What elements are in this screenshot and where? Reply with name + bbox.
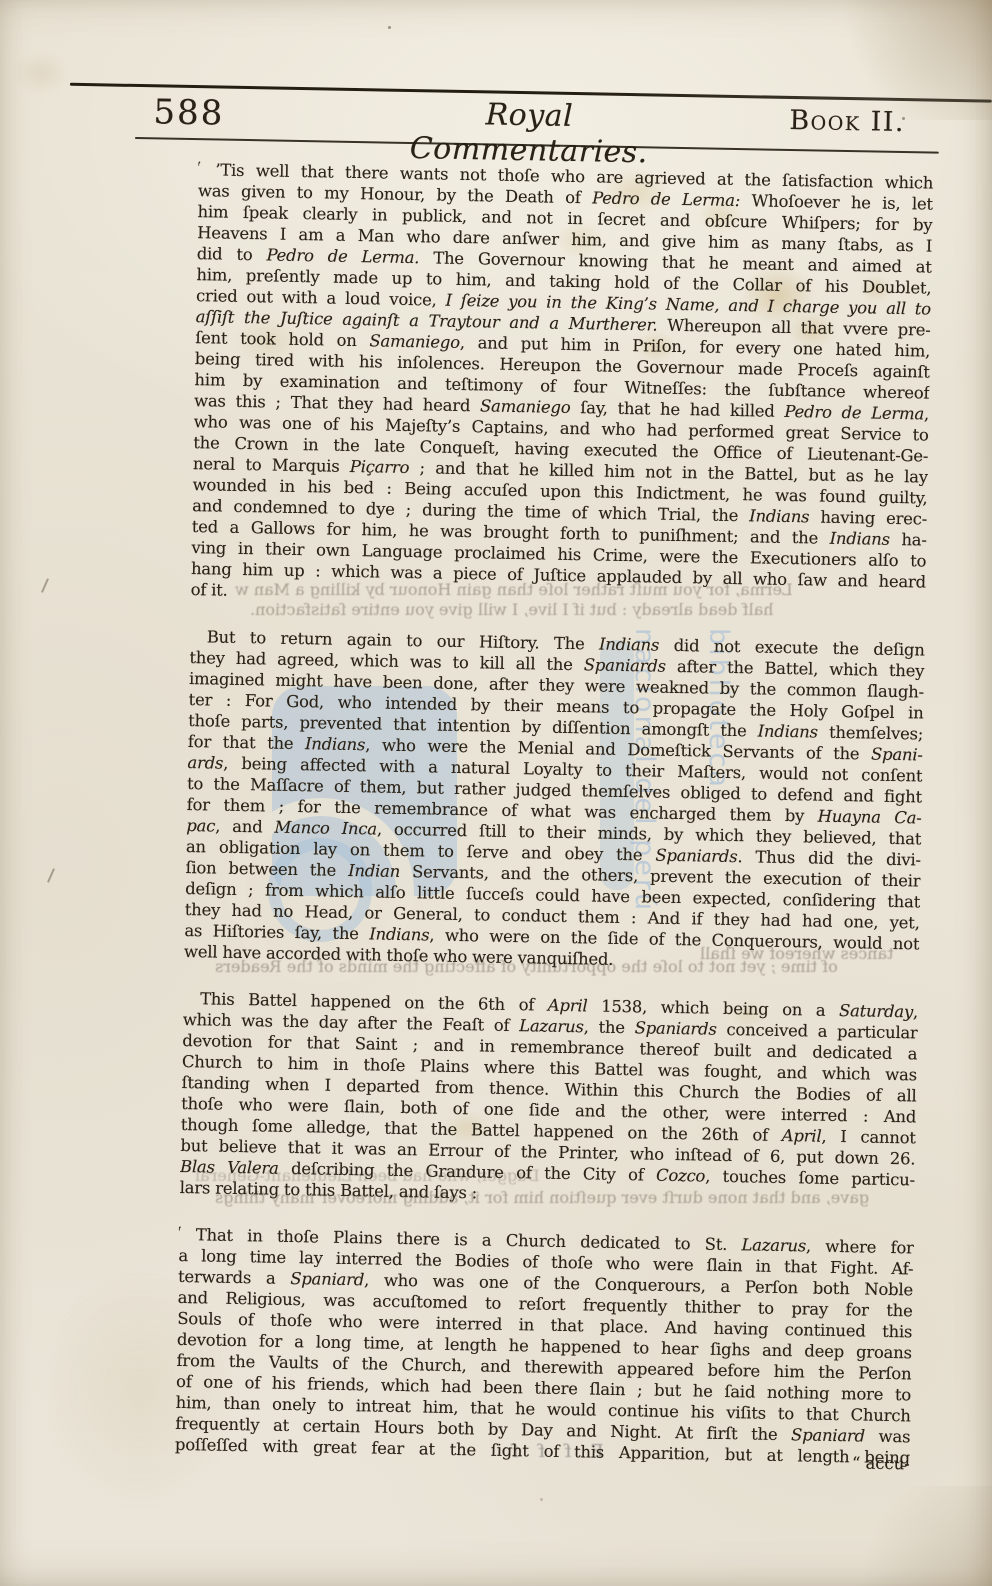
- book-page-scan: biblioteca nacional del perú Lerma, for …: [0, 0, 992, 1586]
- paragraph: This Battel happened on the 6th of April…: [180, 988, 919, 1211]
- page-content: 588 Royal Commentaries. Book II. “’Tis w…: [112, 80, 938, 1524]
- margin-pen-mark: [47, 868, 55, 883]
- page-number: 588: [153, 92, 225, 133]
- margin-quote-mark: “: [179, 1224, 182, 1245]
- ink-speck: [388, 26, 391, 29]
- running-title: Royal Commentaries.: [388, 96, 669, 171]
- book-label: Book II.: [789, 105, 940, 139]
- paragraph: But to return again to our Hiſtory. The …: [184, 626, 925, 975]
- paper-stain: [14, 52, 68, 94]
- paragraph: “That in thoſe Plains there is a Church …: [175, 1224, 914, 1468]
- margin-quote-mark: “: [198, 159, 201, 180]
- margin-pen-mark: [41, 578, 49, 593]
- paragraph: “’Tis well that there wants not thoſe wh…: [190, 159, 933, 613]
- body-text: “’Tis well that there wants not thoſe wh…: [175, 159, 934, 1468]
